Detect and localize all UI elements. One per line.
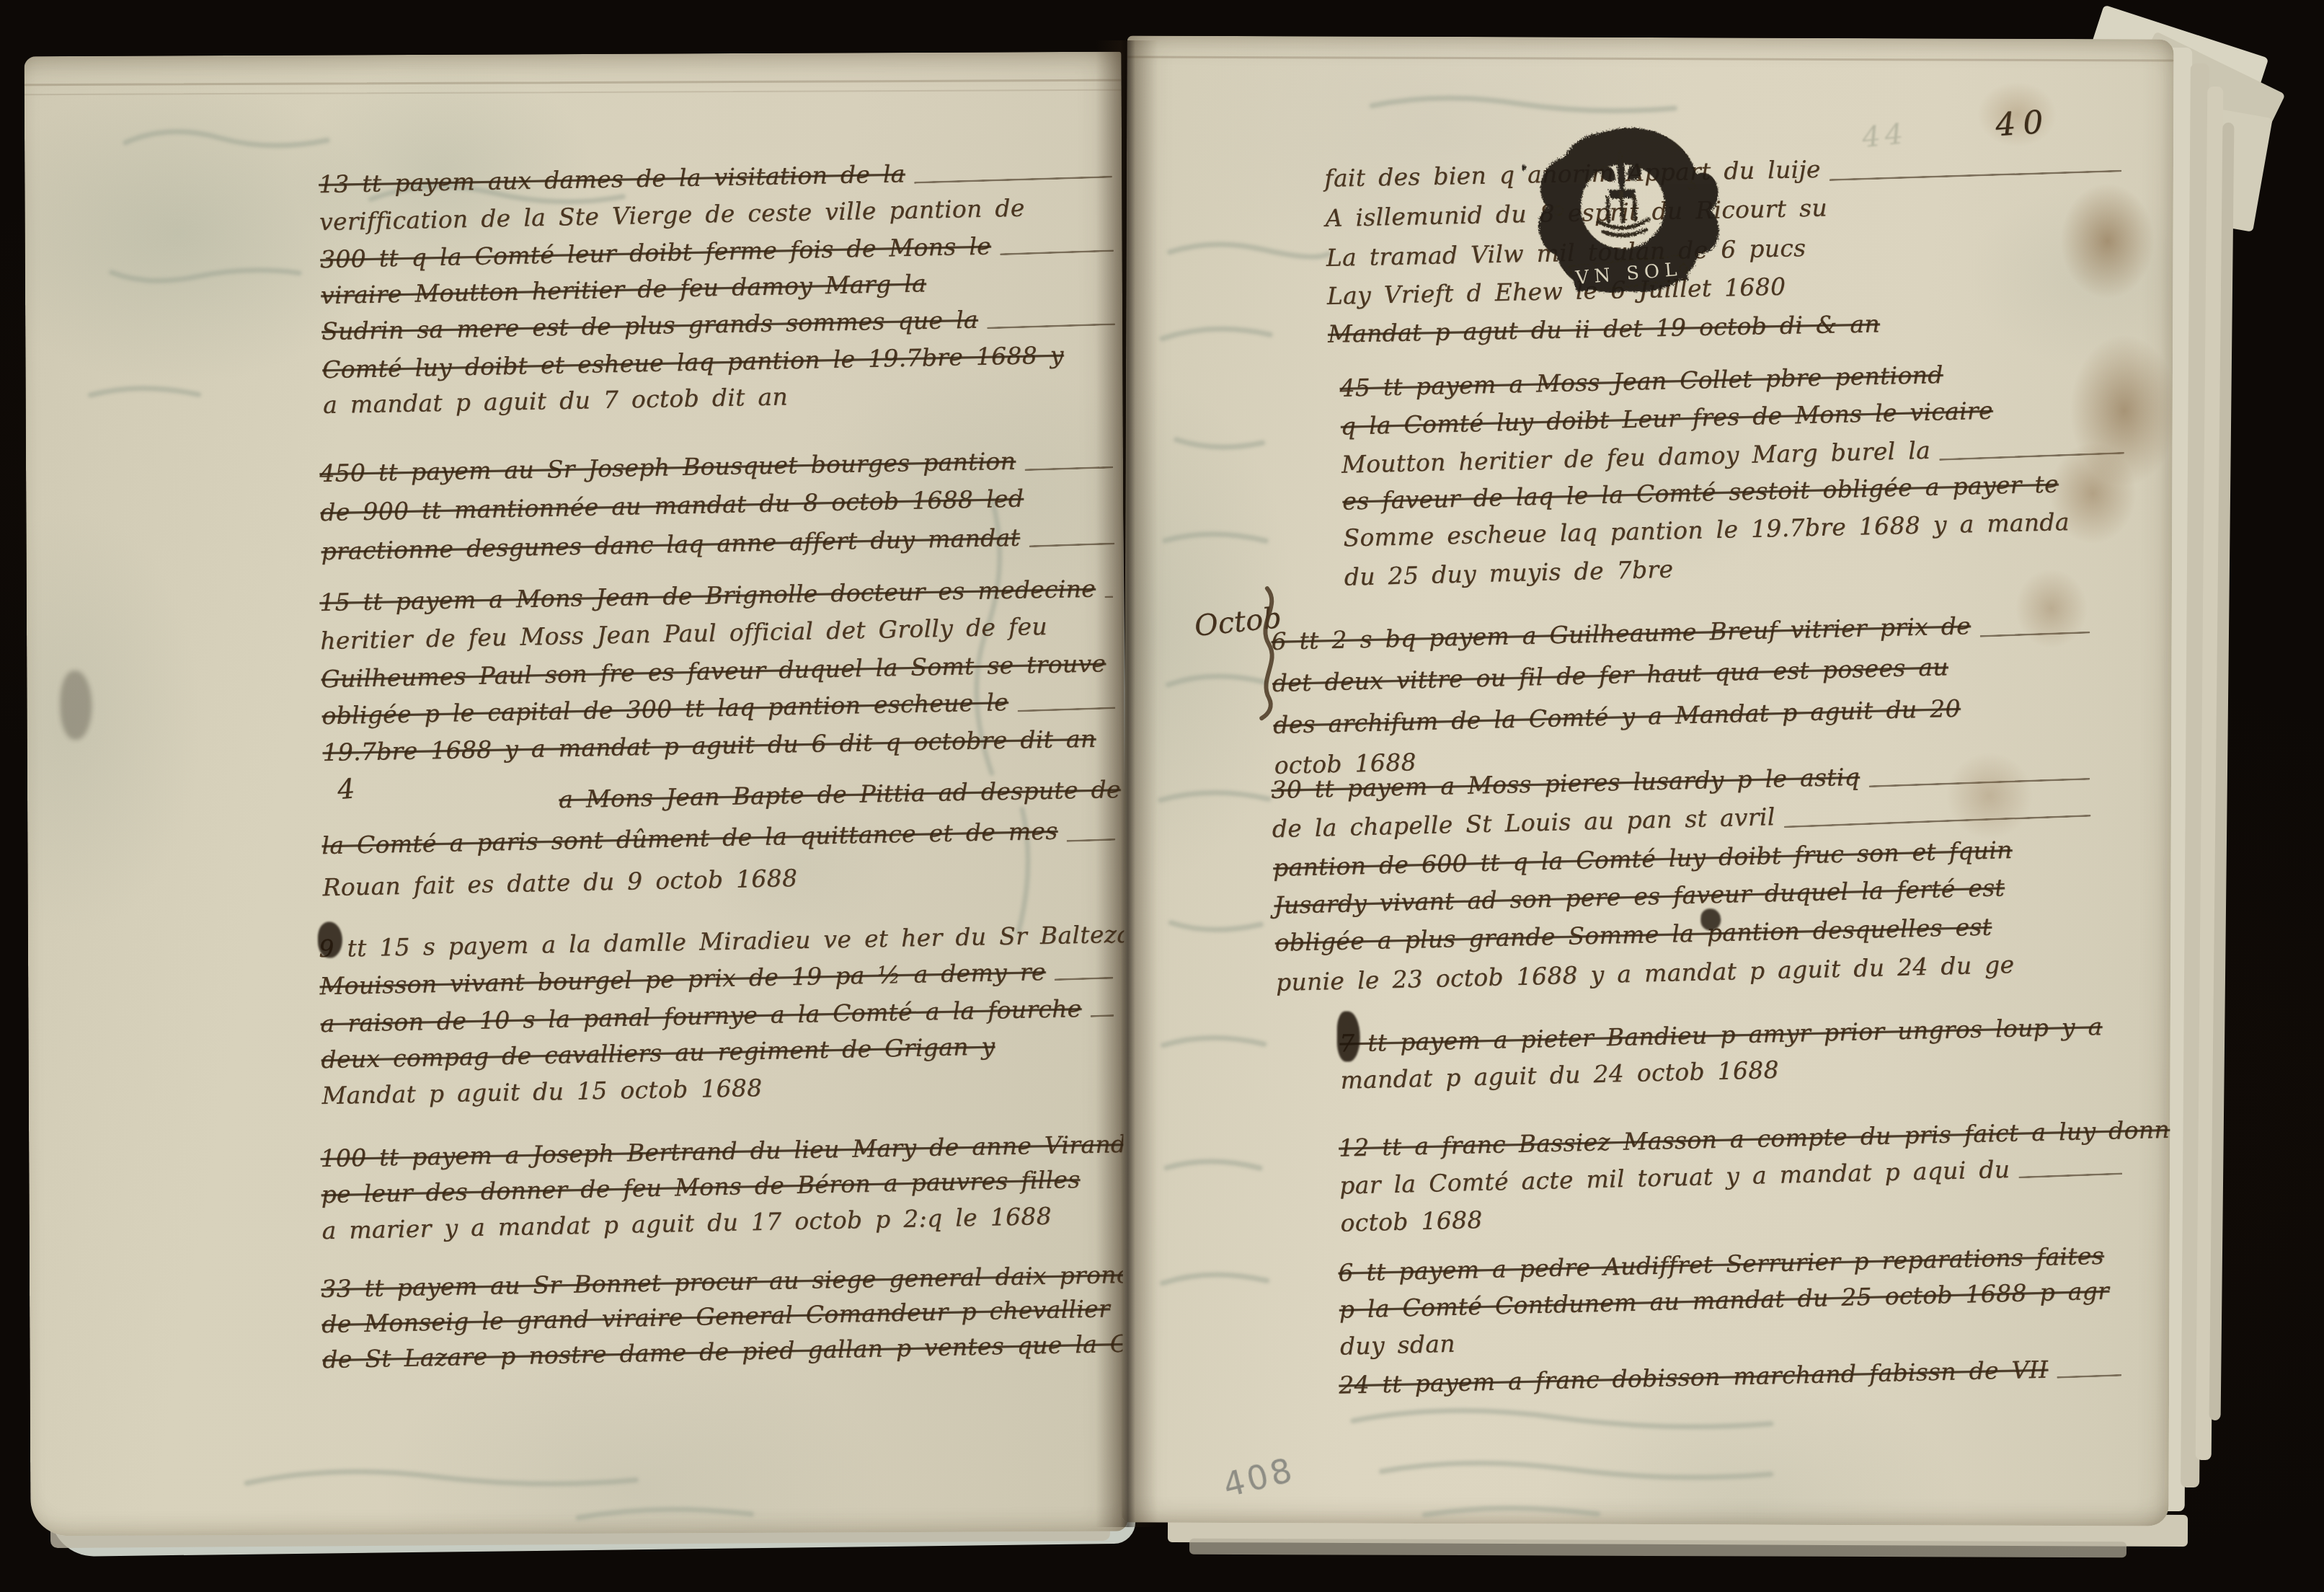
manuscript-paragraph: 7 tt payem a pieter Bandieu p amyr prior…	[1339, 1007, 2126, 1099]
margin-note: 4	[336, 773, 355, 806]
ink-blot	[1700, 908, 1721, 930]
manuscript-paragraph: 15 tt payem a Mons Jean de Brignolle doc…	[319, 569, 1119, 772]
manuscript-paragraph: a Mons Jean Bapte de Pittia ad despute d…	[321, 768, 1119, 907]
manuscript-paragraph: 33 tt payem au Sr Bonnet procur au siege…	[321, 1257, 1119, 1376]
manuscript-paragraph: 6 tt payem a pedre Audiffret Serrurier p…	[1338, 1237, 2126, 1364]
manuscript-paragraph: 45 tt payem a Moss Jean Collet pbre pent…	[1339, 351, 2130, 596]
manuscript-paragraph: 100 tt payem a Joseph Bertrand du lieu M…	[320, 1126, 1119, 1247]
ink-blot	[1337, 1011, 1360, 1061]
manuscript-paragraph: 9 tt 15 s payem a la damlle Miradieu ve …	[319, 915, 1119, 1115]
manuscript-page-left: 13 tt payem aux dames de la visitation d…	[25, 52, 1128, 1536]
revenue-stamp: VN SOL	[1520, 113, 1731, 311]
manuscript-paragraph: 450 tt payem au Sr Joseph Bousquet bourg…	[319, 439, 1118, 570]
ghost-folio-number: 44	[1860, 117, 1909, 154]
manuscript-paragraph: 12 tt a franc Bassiez Masson a compte du…	[1338, 1111, 2126, 1241]
margin-flourish-icon	[1227, 584, 1292, 721]
ink-smudge	[60, 671, 92, 740]
folio-number: 40	[1995, 103, 2052, 143]
page-edge-bottom-right2	[1189, 1539, 2126, 1558]
manuscript-page-right: fait des bien q anorim Appart du luijeA …	[1122, 35, 2173, 1526]
manuscript-paragraph: 30 tt payem a Moss pieres lusardy p le a…	[1271, 751, 2098, 1001]
manuscript-paragraph: 13 tt payem aux dames de la visitation d…	[318, 151, 1119, 424]
book-gutter-shadow	[1096, 40, 1158, 1527]
ink-blot	[318, 921, 342, 958]
